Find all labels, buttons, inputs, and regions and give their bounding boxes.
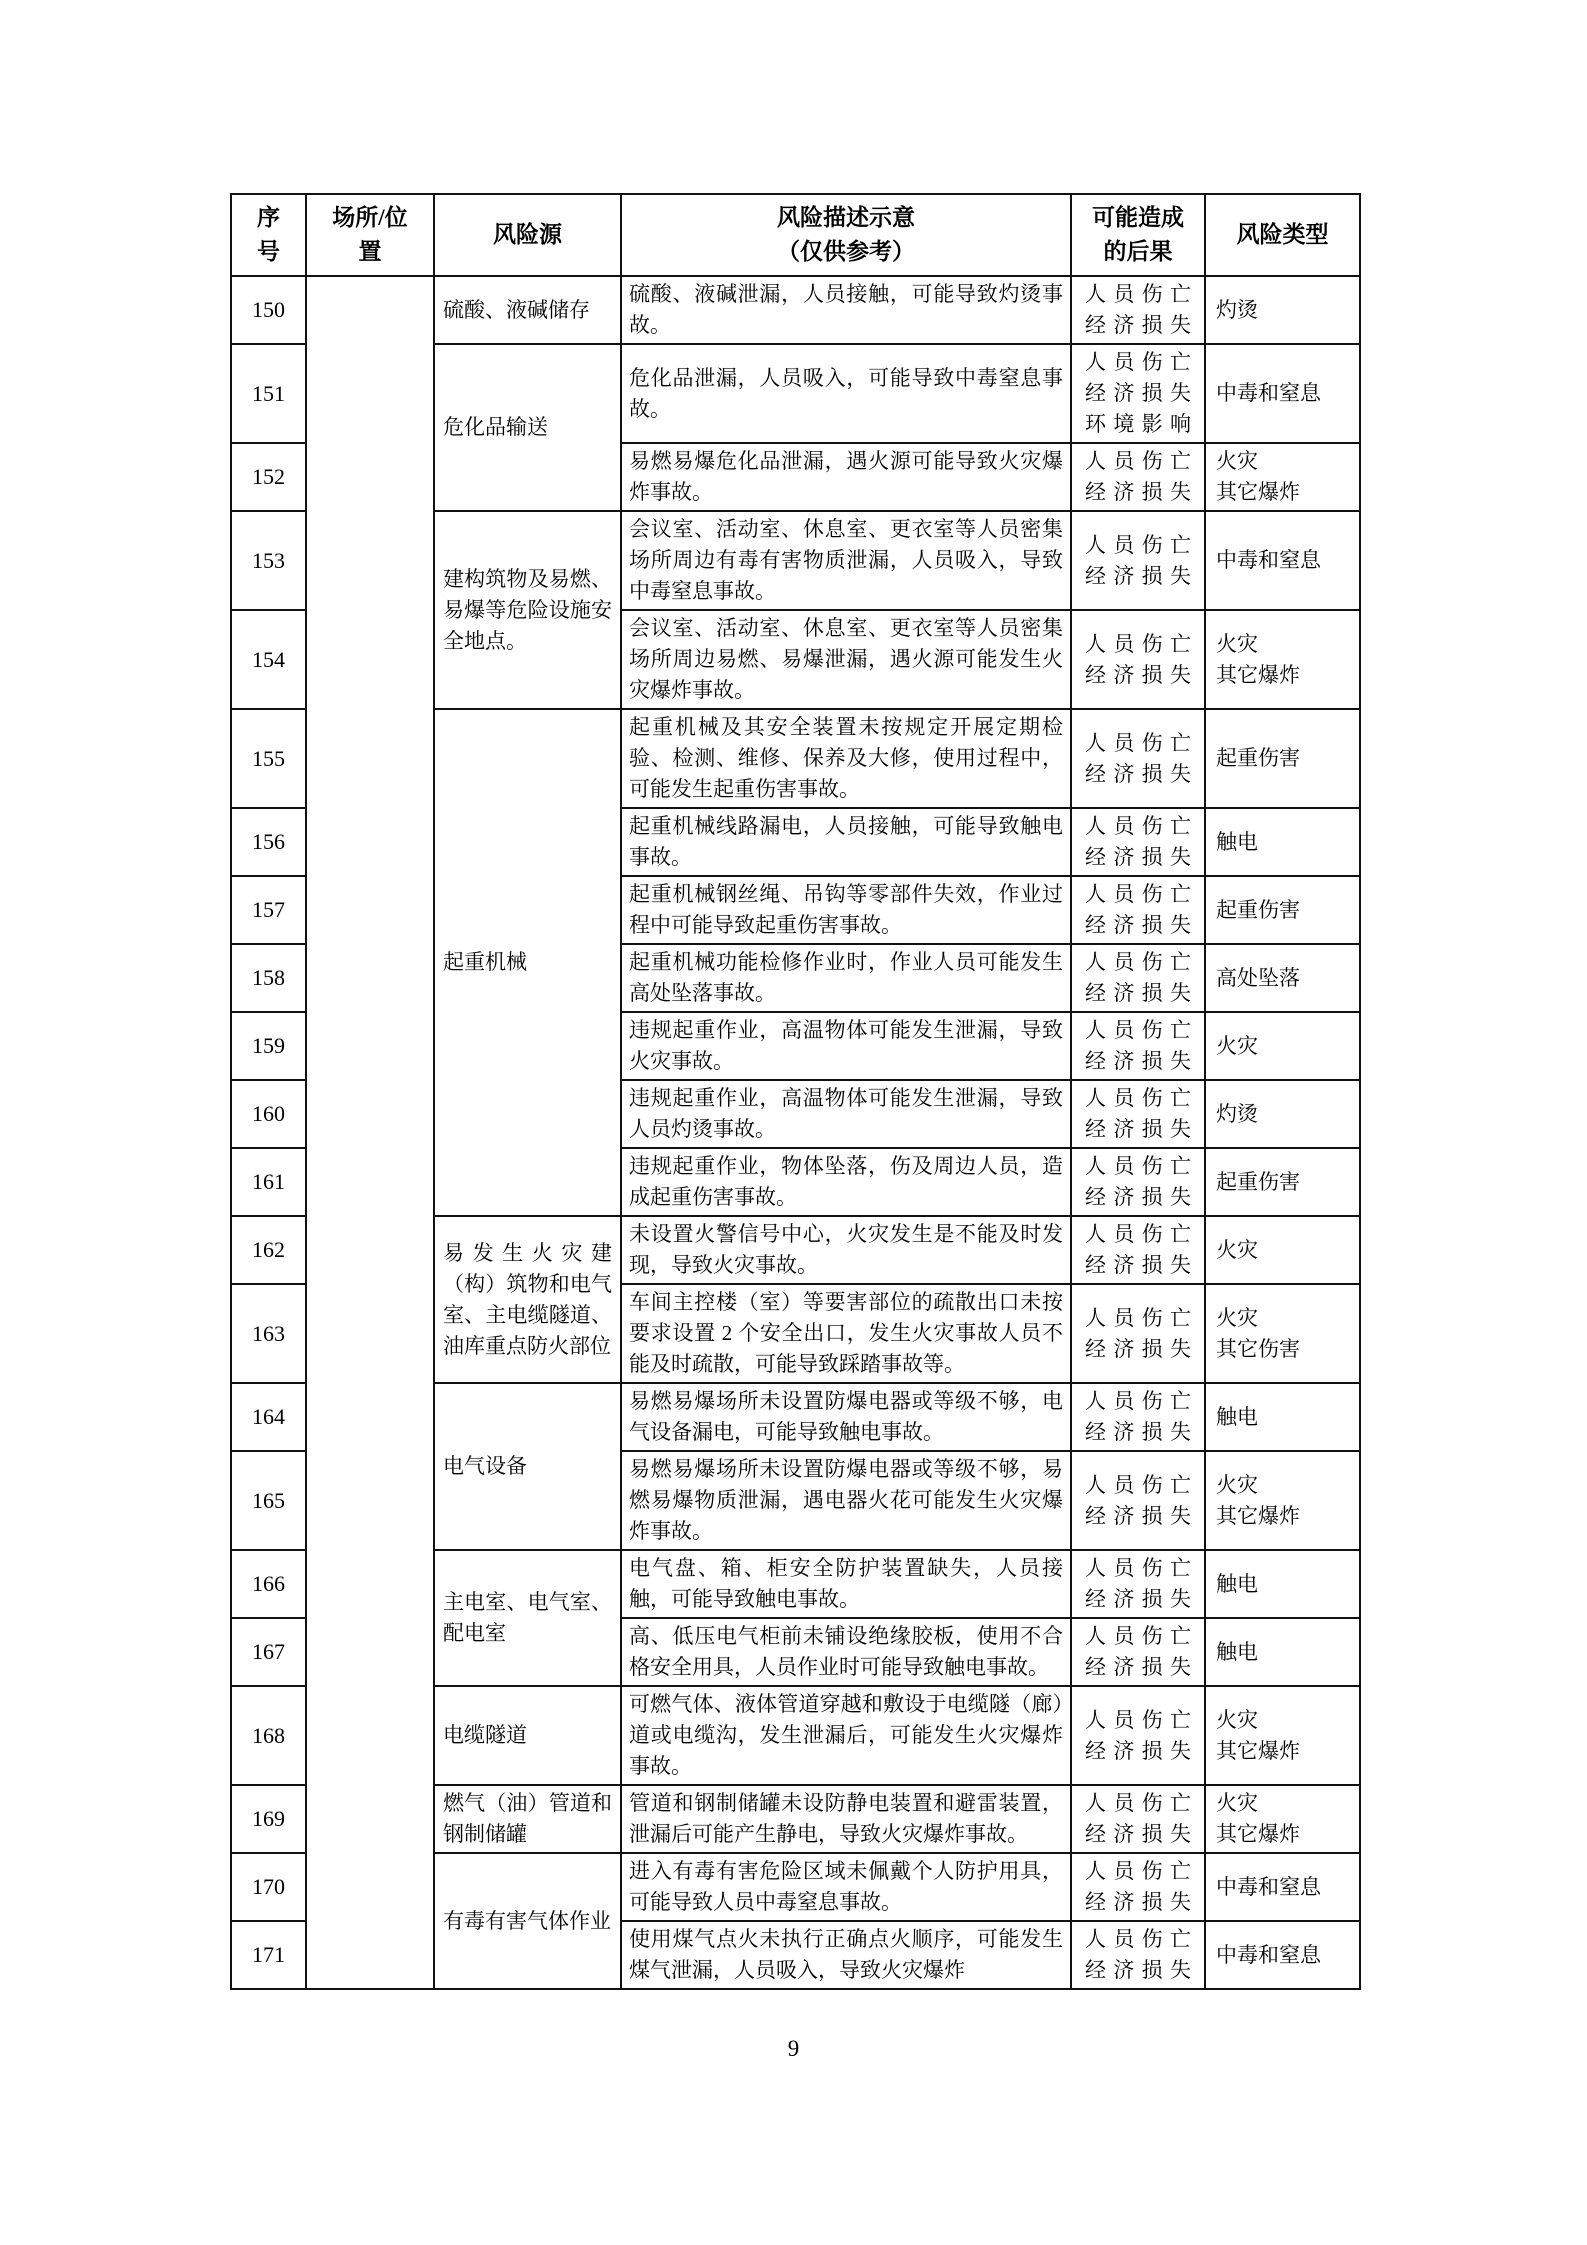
risk-type-cell: 火灾 其它爆炸	[1205, 1686, 1360, 1785]
risk-source-cell: 有毒有害气体作业	[434, 1853, 621, 1989]
risk-type-cell: 火灾 其它爆炸	[1205, 1451, 1360, 1550]
risk-type-cell: 中毒和窒息	[1205, 1921, 1360, 1989]
row-number-cell: 170	[231, 1853, 306, 1921]
risk-type-cell: 火灾 其它爆炸	[1205, 610, 1360, 709]
header-description: 风险描述示意 （仅供参考）	[621, 194, 1071, 276]
risk-description-cell: 易燃易爆危化品泄漏，遇火源可能导致火灾爆炸事故。	[621, 443, 1071, 511]
consequence-cell: 人员伤亡 经济损失	[1071, 709, 1205, 808]
risk-source-cell: 危化品输送	[434, 344, 621, 511]
risk-description-cell: 危化品泄漏，人员吸入，可能导致中毒窒息事故。	[621, 344, 1071, 443]
header-consequence-label: 可能造成的后果	[1089, 201, 1188, 269]
consequence-cell: 人员伤亡 经济损失	[1071, 1216, 1205, 1284]
row-number-cell: 153	[231, 511, 306, 610]
risk-type-cell: 火灾 其它爆炸	[1205, 1785, 1360, 1853]
consequence-cell: 人员伤亡 经济损失 环境影响	[1071, 344, 1205, 443]
row-number-cell: 166	[231, 1550, 306, 1618]
risk-type-cell: 中毒和窒息	[1205, 1853, 1360, 1921]
risk-source-cell: 建构筑物及易燃、易爆等危险设施安全地点。	[434, 511, 621, 709]
row-number-cell: 171	[231, 1921, 306, 1989]
risk-type-cell: 中毒和窒息	[1205, 344, 1360, 443]
risk-type-cell: 起重伤害	[1205, 709, 1360, 808]
risk-description-cell: 电气盘、箱、柜安全防护装置缺失，人员接触，可能导致触电事故。	[621, 1550, 1071, 1618]
risk-type-cell: 灼烫	[1205, 1080, 1360, 1148]
row-number-cell: 164	[231, 1383, 306, 1451]
risk-description-cell: 高、低压电气柜前未铺设绝缘胶板，使用不合格安全用具，人员作业时可能导致触电事故。	[621, 1618, 1071, 1686]
risk-type-cell: 火灾 其它伤害	[1205, 1284, 1360, 1383]
row-number-cell: 159	[231, 1012, 306, 1080]
risk-description-cell: 起重机械功能检修作业时，作业人员可能发生高处坠落事故。	[621, 944, 1071, 1012]
risk-source-cell: 起重机械	[434, 709, 621, 1216]
risk-description-cell: 违规起重作业，物体坠落，伤及周边人员，造成起重伤害事故。	[621, 1148, 1071, 1216]
table-row: 150 硫酸、液碱储存 硫酸、液碱泄漏，人员接触，可能导致灼烫事故。 人员伤亡 …	[231, 276, 1360, 344]
header-location-label: 场所/位置	[325, 201, 415, 269]
row-number-cell: 156	[231, 808, 306, 876]
risk-source-cell: 主电室、电气室、配电室	[434, 1550, 621, 1686]
header-source: 风险源	[434, 194, 621, 276]
header-type: 风险类型	[1205, 194, 1360, 276]
risk-type-cell: 起重伤害	[1205, 876, 1360, 944]
row-number-cell: 162	[231, 1216, 306, 1284]
risk-type-cell: 中毒和窒息	[1205, 511, 1360, 610]
consequence-cell: 人员伤亡 经济损失	[1071, 1550, 1205, 1618]
risk-description-cell: 起重机械钢丝绳、吊钩等零部件失效，作业过程中可能导致起重伤害事故。	[621, 876, 1071, 944]
consequence-cell: 人员伤亡 经济损失	[1071, 1012, 1205, 1080]
consequence-cell: 人员伤亡 经济损失	[1071, 443, 1205, 511]
risk-source-cell: 电缆隧道	[434, 1686, 621, 1785]
row-number-cell: 150	[231, 276, 306, 344]
consequence-cell: 人员伤亡 经济损失	[1071, 944, 1205, 1012]
risk-description-cell: 管道和钢制储罐未设防静电装置和避雷装置，泄漏后可能产生静电，导致火灾爆炸事故。	[621, 1785, 1071, 1853]
row-number-cell: 152	[231, 443, 306, 511]
risk-description-cell: 硫酸、液碱泄漏，人员接触，可能导致灼烫事故。	[621, 276, 1071, 344]
risk-description-cell: 可燃气体、液体管道穿越和敷设于电缆隧（廊）道或电缆沟，发生泄漏后，可能发生火灾爆…	[621, 1686, 1071, 1785]
risk-source-cell: 燃气（油）管道和钢制储罐	[434, 1785, 621, 1853]
consequence-cell: 人员伤亡 经济损失	[1071, 808, 1205, 876]
consequence-cell: 人员伤亡 经济损失	[1071, 1686, 1205, 1785]
consequence-cell: 人员伤亡 经济损失	[1071, 610, 1205, 709]
consequence-cell: 人员伤亡 经济损失	[1071, 1618, 1205, 1686]
row-number-cell: 161	[231, 1148, 306, 1216]
consequence-cell: 人员伤亡 经济损失	[1071, 511, 1205, 610]
row-number-cell: 169	[231, 1785, 306, 1853]
row-number-cell: 167	[231, 1618, 306, 1686]
risk-description-cell: 起重机械线路漏电，人员接触，可能导致触电事故。	[621, 808, 1071, 876]
consequence-cell: 人员伤亡 经济损失	[1071, 1284, 1205, 1383]
header-consequence: 可能造成的后果	[1071, 194, 1205, 276]
consequence-cell: 人员伤亡 经济损失	[1071, 1148, 1205, 1216]
row-number-cell: 165	[231, 1451, 306, 1550]
risk-type-cell: 火灾 其它爆炸	[1205, 443, 1360, 511]
risk-type-cell: 起重伤害	[1205, 1148, 1360, 1216]
row-number-cell: 154	[231, 610, 306, 709]
location-cell	[306, 276, 434, 1989]
risk-type-cell: 触电	[1205, 1618, 1360, 1686]
risk-description-cell: 使用煤气点火未执行正确点火顺序，可能发生煤气泄漏，人员吸入，导致火灾爆炸	[621, 1921, 1071, 1989]
consequence-cell: 人员伤亡 经济损失	[1071, 1383, 1205, 1451]
risk-source-cell: 硫酸、液碱储存	[434, 276, 621, 344]
consequence-cell: 人员伤亡 经济损失	[1071, 1853, 1205, 1921]
risk-description-cell: 起重机械及其安全装置未按规定开展定期检验、检测、维修、保养及大修，使用过程中，可…	[621, 709, 1071, 808]
risk-type-cell: 触电	[1205, 1550, 1360, 1618]
risk-type-cell: 火灾	[1205, 1216, 1360, 1284]
header-no: 序号	[231, 194, 306, 276]
risk-type-cell: 高处坠落	[1205, 944, 1360, 1012]
risk-type-cell: 触电	[1205, 808, 1360, 876]
document-page: 序号 场所/位置 风险源 风险描述示意 （仅供参考） 可能造成的后果 风险类型 …	[0, 0, 1587, 2245]
consequence-cell: 人员伤亡 经济损失	[1071, 1451, 1205, 1550]
risk-table: 序号 场所/位置 风险源 风险描述示意 （仅供参考） 可能造成的后果 风险类型 …	[230, 193, 1361, 1990]
risk-type-cell: 火灾	[1205, 1012, 1360, 1080]
row-number-cell: 158	[231, 944, 306, 1012]
consequence-cell: 人员伤亡 经济损失	[1071, 276, 1205, 344]
risk-description-cell: 车间主控楼（室）等要害部位的疏散出口未按要求设置 2 个安全出口，发生火灾事故人…	[621, 1284, 1071, 1383]
risk-description-cell: 易燃易爆场所未设置防爆电器或等级不够，易燃易爆物质泄漏，遇电器火花可能发生火灾爆…	[621, 1451, 1071, 1550]
row-number-cell: 155	[231, 709, 306, 808]
row-number-cell: 157	[231, 876, 306, 944]
consequence-cell: 人员伤亡 经济损失	[1071, 1921, 1205, 1989]
risk-source-cell: 电气设备	[434, 1383, 621, 1550]
row-number-cell: 151	[231, 344, 306, 443]
header-no-label: 序号	[254, 201, 284, 269]
consequence-cell: 人员伤亡 经济损失	[1071, 876, 1205, 944]
risk-type-cell: 触电	[1205, 1383, 1360, 1451]
risk-description-cell: 违规起重作业，高温物体可能发生泄漏，导致火灾事故。	[621, 1012, 1071, 1080]
risk-type-cell: 灼烫	[1205, 276, 1360, 344]
consequence-cell: 人员伤亡 经济损失	[1071, 1785, 1205, 1853]
row-number-cell: 160	[231, 1080, 306, 1148]
table-header-row: 序号 场所/位置 风险源 风险描述示意 （仅供参考） 可能造成的后果 风险类型	[231, 194, 1360, 276]
row-number-cell: 168	[231, 1686, 306, 1785]
risk-description-cell: 进入有毒有害危险区域未佩戴个人防护用具，可能导致人员中毒窒息事故。	[621, 1853, 1071, 1921]
row-number-cell: 163	[231, 1284, 306, 1383]
page-number: 9	[0, 2036, 1587, 2062]
risk-source-cell: 易发生火灾建（构）筑物和电气室、主电缆隧道、油库重点防火部位	[434, 1216, 621, 1383]
consequence-cell: 人员伤亡 经济损失	[1071, 1080, 1205, 1148]
risk-description-cell: 会议室、活动室、休息室、更衣室等人员密集场所周边易燃、易爆泄漏，遇火源可能发生火…	[621, 610, 1071, 709]
header-location: 场所/位置	[306, 194, 434, 276]
risk-description-cell: 违规起重作业，高温物体可能发生泄漏，导致人员灼烫事故。	[621, 1080, 1071, 1148]
risk-description-cell: 未设置火警信号中心，火灾发生是不能及时发现，导致火灾事故。	[621, 1216, 1071, 1284]
risk-description-cell: 会议室、活动室、休息室、更衣室等人员密集场所周边有毒有害物质泄漏，人员吸入，导致…	[621, 511, 1071, 610]
risk-description-cell: 易燃易爆场所未设置防爆电器或等级不够，电气设备漏电，可能导致触电事故。	[621, 1383, 1071, 1451]
